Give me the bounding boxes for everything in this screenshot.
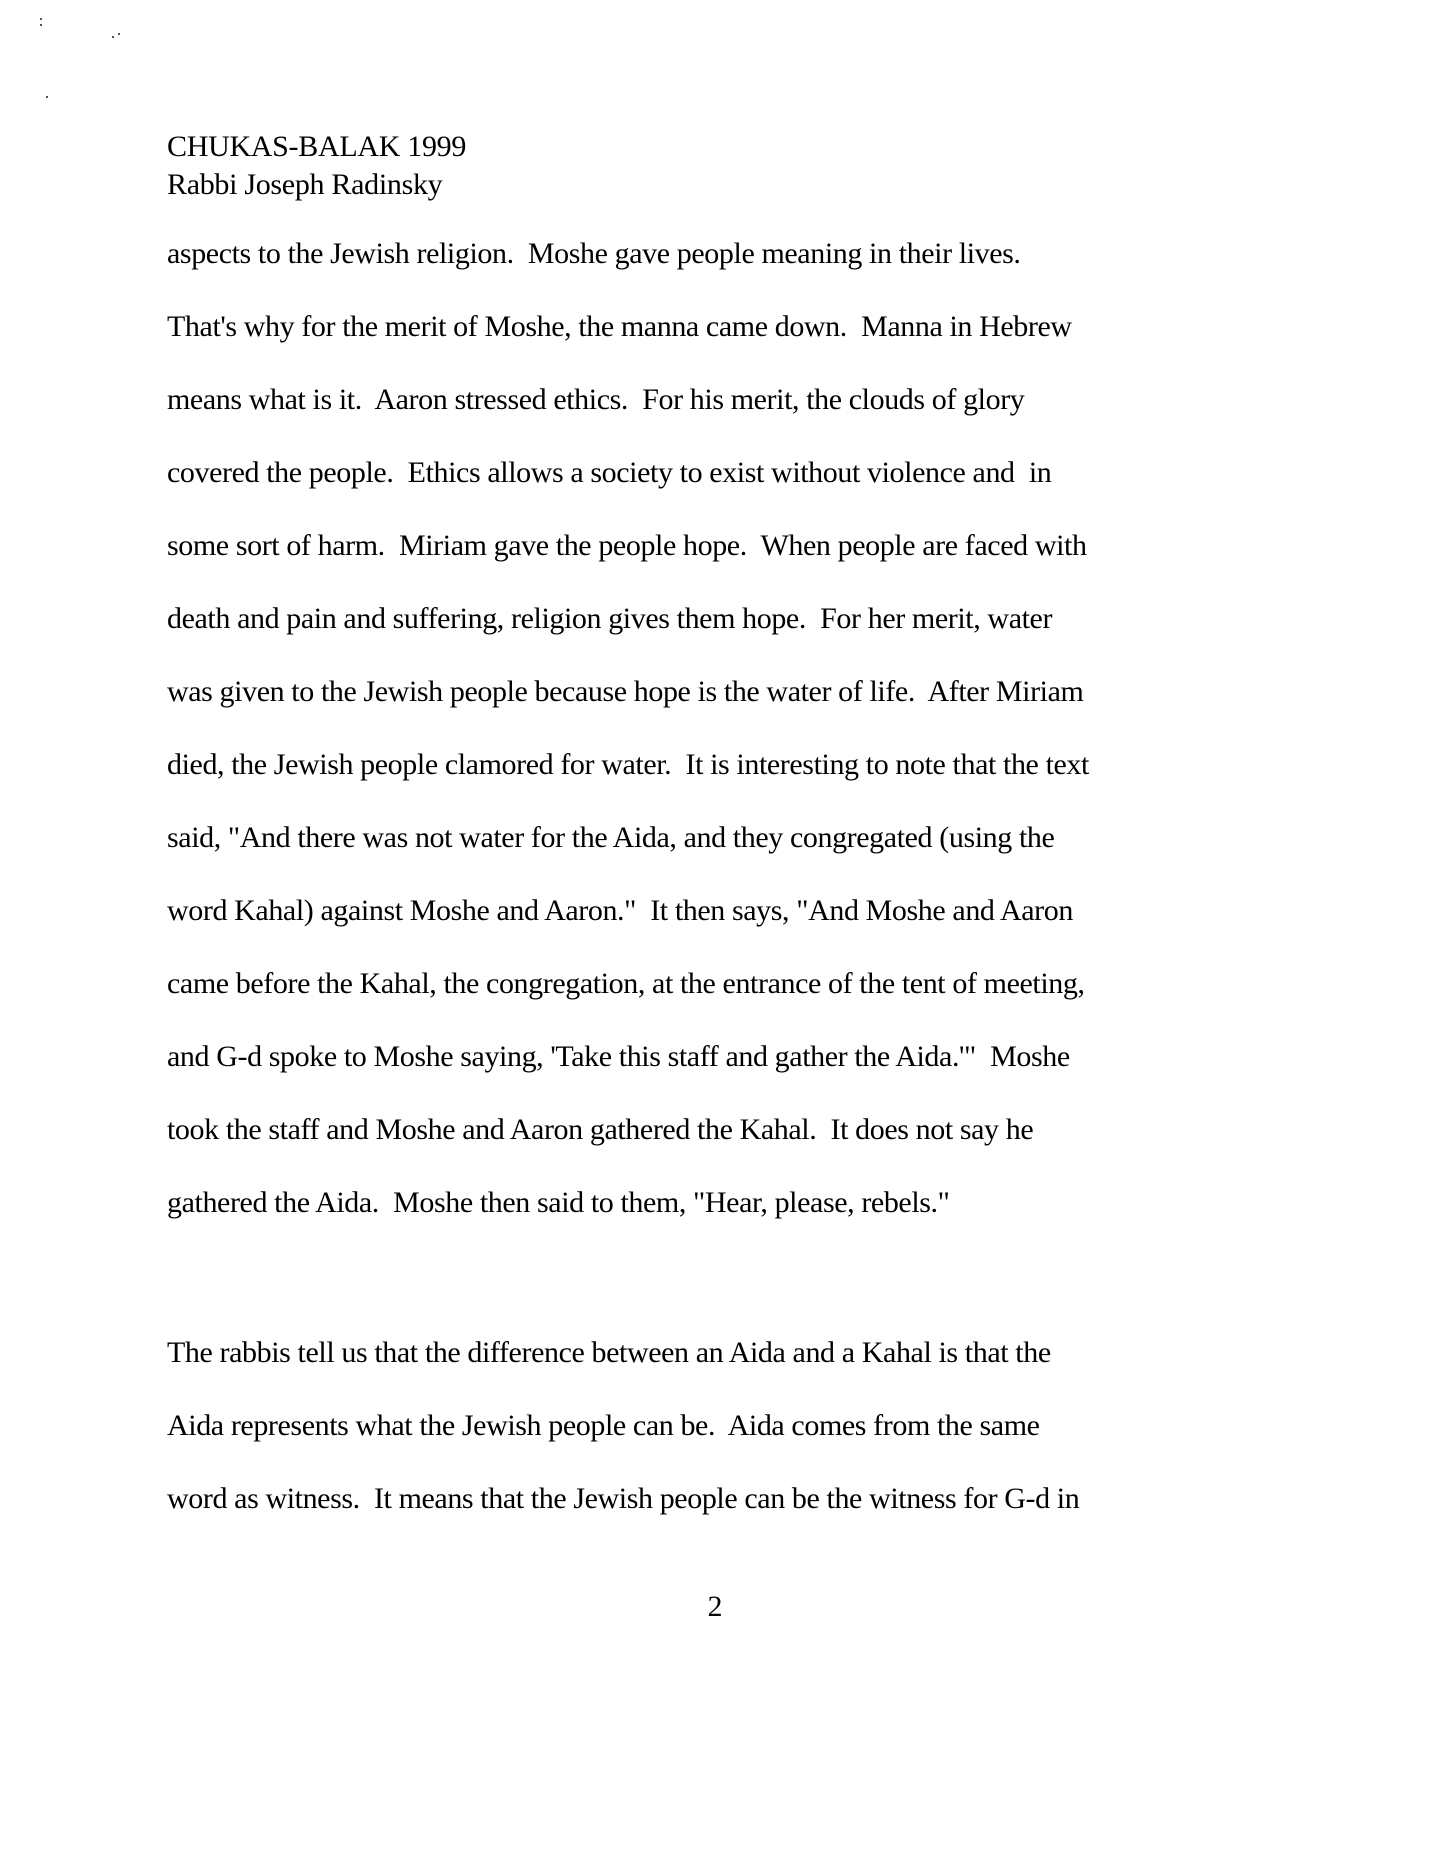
text-line: was given to the Jewish people because h… [167,672,1267,745]
text-line: took the staff and Moshe and Aaron gathe… [167,1110,1267,1183]
text-line: gathered the Aida. Moshe then said to th… [167,1183,1267,1256]
text-line: word as witness. It means that the Jewis… [167,1479,1267,1552]
paragraph-1: aspects to the Jewish religion. Moshe ga… [167,234,1267,1256]
text-line: said, "And there was not water for the A… [167,818,1267,891]
text-line: died, the Jewish people clamored for wat… [167,745,1267,818]
text-line: covered the people. Ethics allows a soci… [167,453,1267,526]
text-line: aspects to the Jewish religion. Moshe ga… [167,234,1267,307]
text-line: Aida represents what the Jewish people c… [167,1406,1267,1479]
text-line: That's why for the merit of Moshe, the m… [167,307,1267,380]
text-line: word Kahal) against Moshe and Aaron." It… [167,891,1267,964]
text-line: came before the Kahal, the congregation,… [167,964,1267,1037]
document-header: CHUKAS-BALAK 1999 Rabbi Joseph Radinsky [167,128,466,204]
paragraph-2: The rabbis tell us that the difference b… [167,1333,1267,1552]
text-line: some sort of harm. Miriam gave the peopl… [167,526,1267,599]
document-title: CHUKAS-BALAK 1999 [167,128,466,166]
text-line: death and pain and suffering, religion g… [167,599,1267,672]
document-author: Rabbi Joseph Radinsky [167,166,466,204]
text-line: means what is it. Aaron stressed ethics.… [167,380,1267,453]
text-line: The rabbis tell us that the difference b… [167,1333,1267,1406]
text-line: and G-d spoke to Moshe saying, 'Take thi… [167,1037,1267,1110]
page-number: 2 [0,1590,1430,1624]
